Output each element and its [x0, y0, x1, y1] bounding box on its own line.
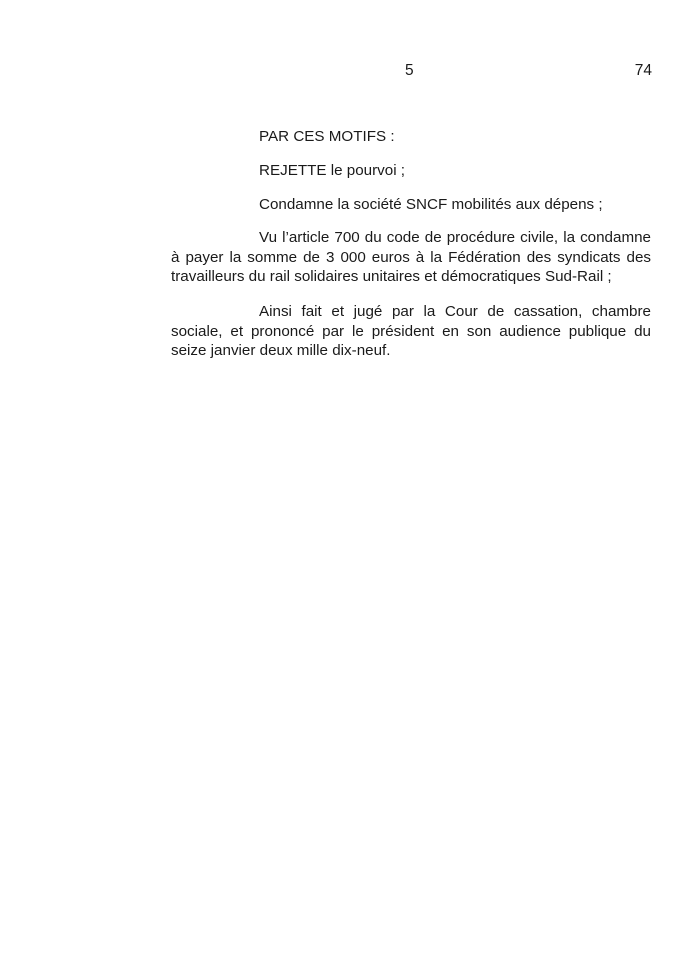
decision-rejette: REJETTE le pourvoi ; [259, 161, 405, 181]
decision-condamne: Condamne la société SNCF mobilités aux d… [259, 195, 603, 215]
paragraph-ainsi-fait: Ainsi fait et jugé par la Cour de cassat… [171, 302, 651, 361]
reference-number: 74 [635, 62, 652, 80]
heading-par-ces-motifs: PAR CES MOTIFS : [259, 127, 395, 147]
paragraph-article-700: Vu l’article 700 du code de procédure ci… [171, 228, 651, 287]
page-number: 5 [405, 62, 414, 80]
